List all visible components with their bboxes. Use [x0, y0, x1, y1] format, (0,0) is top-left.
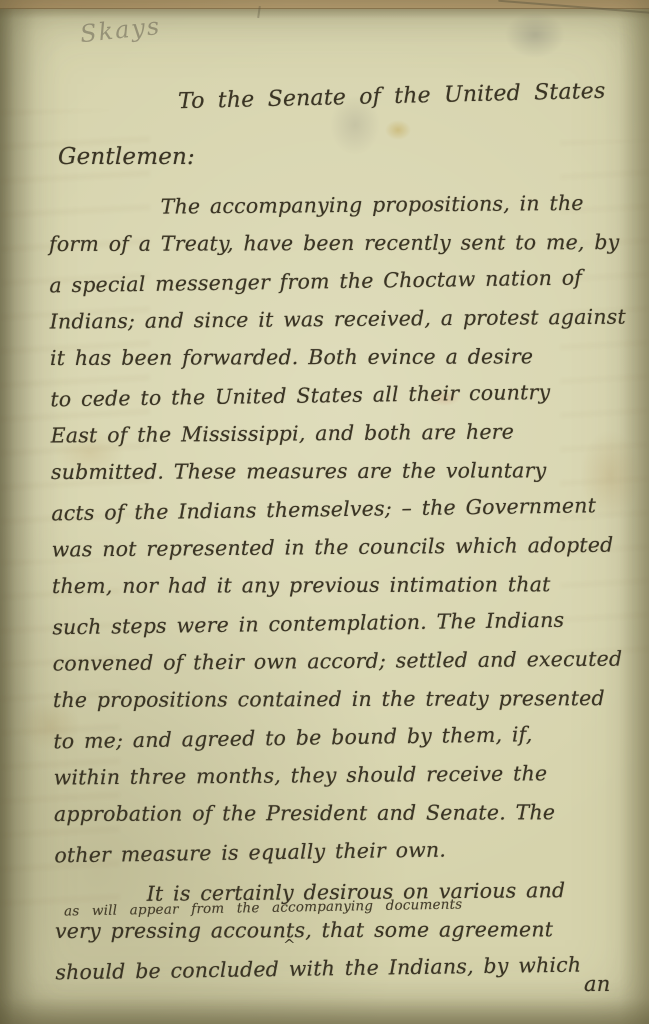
manuscript-line: East of the Mississippi, and both are he…	[51, 411, 636, 454]
manuscript-line: within three months, they should receive…	[53, 753, 638, 796]
manuscript-line: approbation of the President and Senate.…	[54, 793, 639, 833]
manuscript-page: Skays To the Senate of the United States…	[0, 0, 649, 1024]
manuscript-line: form of a Treaty, have been recently sen…	[49, 223, 634, 263]
paper-stain	[385, 120, 411, 140]
letter-salutation: Gentlemen:	[58, 144, 195, 170]
manuscript-line: Indians; and since it was received, a pr…	[50, 297, 635, 340]
smudge-mark	[505, 12, 565, 58]
manuscript-line: convened of their own accord; settled an…	[52, 639, 637, 682]
manuscript-line: them, nor had it any previous intimation…	[52, 565, 637, 605]
manuscript-line: other measure is equally their own.	[54, 828, 639, 875]
insertion-caret: ^	[283, 936, 296, 954]
letter-body: The accompanying propositions, in the fo…	[49, 183, 641, 989]
manuscript-line: The accompanying propositions, in the	[49, 183, 634, 226]
catchword: an	[584, 972, 610, 996]
manuscript-line: the propositions contained in the treaty…	[53, 679, 638, 719]
letter-heading: To the Senate of the United States	[178, 79, 606, 114]
manuscript-line: it has been forwarded. Both evince a des…	[50, 337, 635, 377]
manuscript-line: submitted. These measures are the volunt…	[51, 451, 636, 491]
manuscript-line: was not represented in the councils whic…	[52, 525, 637, 568]
manuscript-line: should be concluded with the Indians, by…	[55, 945, 640, 992]
